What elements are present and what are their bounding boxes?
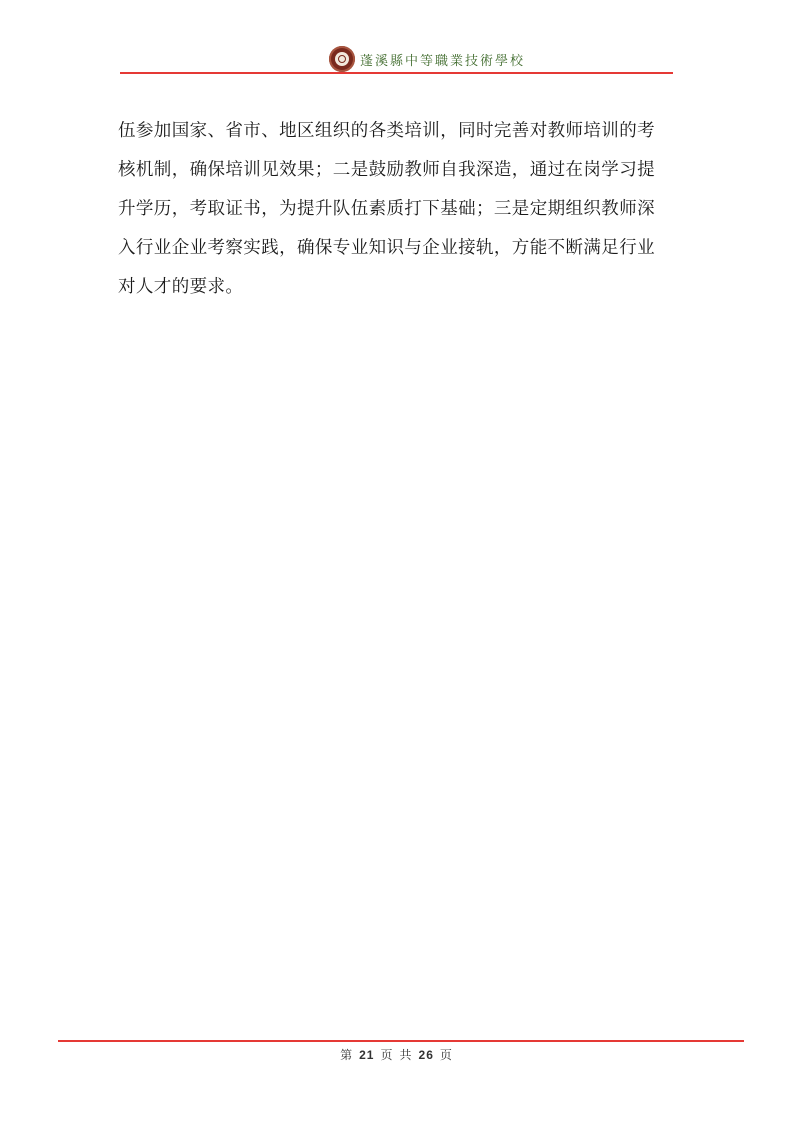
page-prefix: 第 xyxy=(340,1048,353,1062)
header-divider xyxy=(120,72,673,74)
text-line: 升学历，考取证书，为提升队伍素质打下基础；三是定期组织教师深 xyxy=(118,190,678,229)
footer-divider xyxy=(58,1040,744,1042)
page-word: 页 xyxy=(380,1048,393,1062)
body-paragraph: 伍参加国家、省市、地区组织的各类培训，同时完善对教师培训的考 核机制，确保培训见… xyxy=(118,112,678,307)
page-header: 蓬溪縣中等職業技術學校 xyxy=(0,0,793,80)
text-line: 入行业企业考察实践，确保专业知识与企业接轨，方能不断满足行业 xyxy=(118,229,678,268)
total-pages-number: 26 xyxy=(419,1048,434,1062)
header-logo: 蓬溪縣中等職業技術學校 xyxy=(329,46,525,72)
school-seal-icon xyxy=(329,46,355,72)
text-line: 核机制，确保培训见效果；二是鼓励教师自我深造，通过在岗学习提 xyxy=(118,151,678,190)
page-number: 第21页共26页 xyxy=(0,1046,793,1063)
page-suffix: 页 xyxy=(440,1048,453,1062)
text-line: 对人才的要求。 xyxy=(118,268,678,307)
total-word: 共 xyxy=(400,1048,413,1062)
text-line: 伍参加国家、省市、地区组织的各类培训，同时完善对教师培训的考 xyxy=(118,112,678,151)
school-name: 蓬溪縣中等職業技術學校 xyxy=(360,50,525,69)
current-page-number: 21 xyxy=(359,1048,374,1062)
